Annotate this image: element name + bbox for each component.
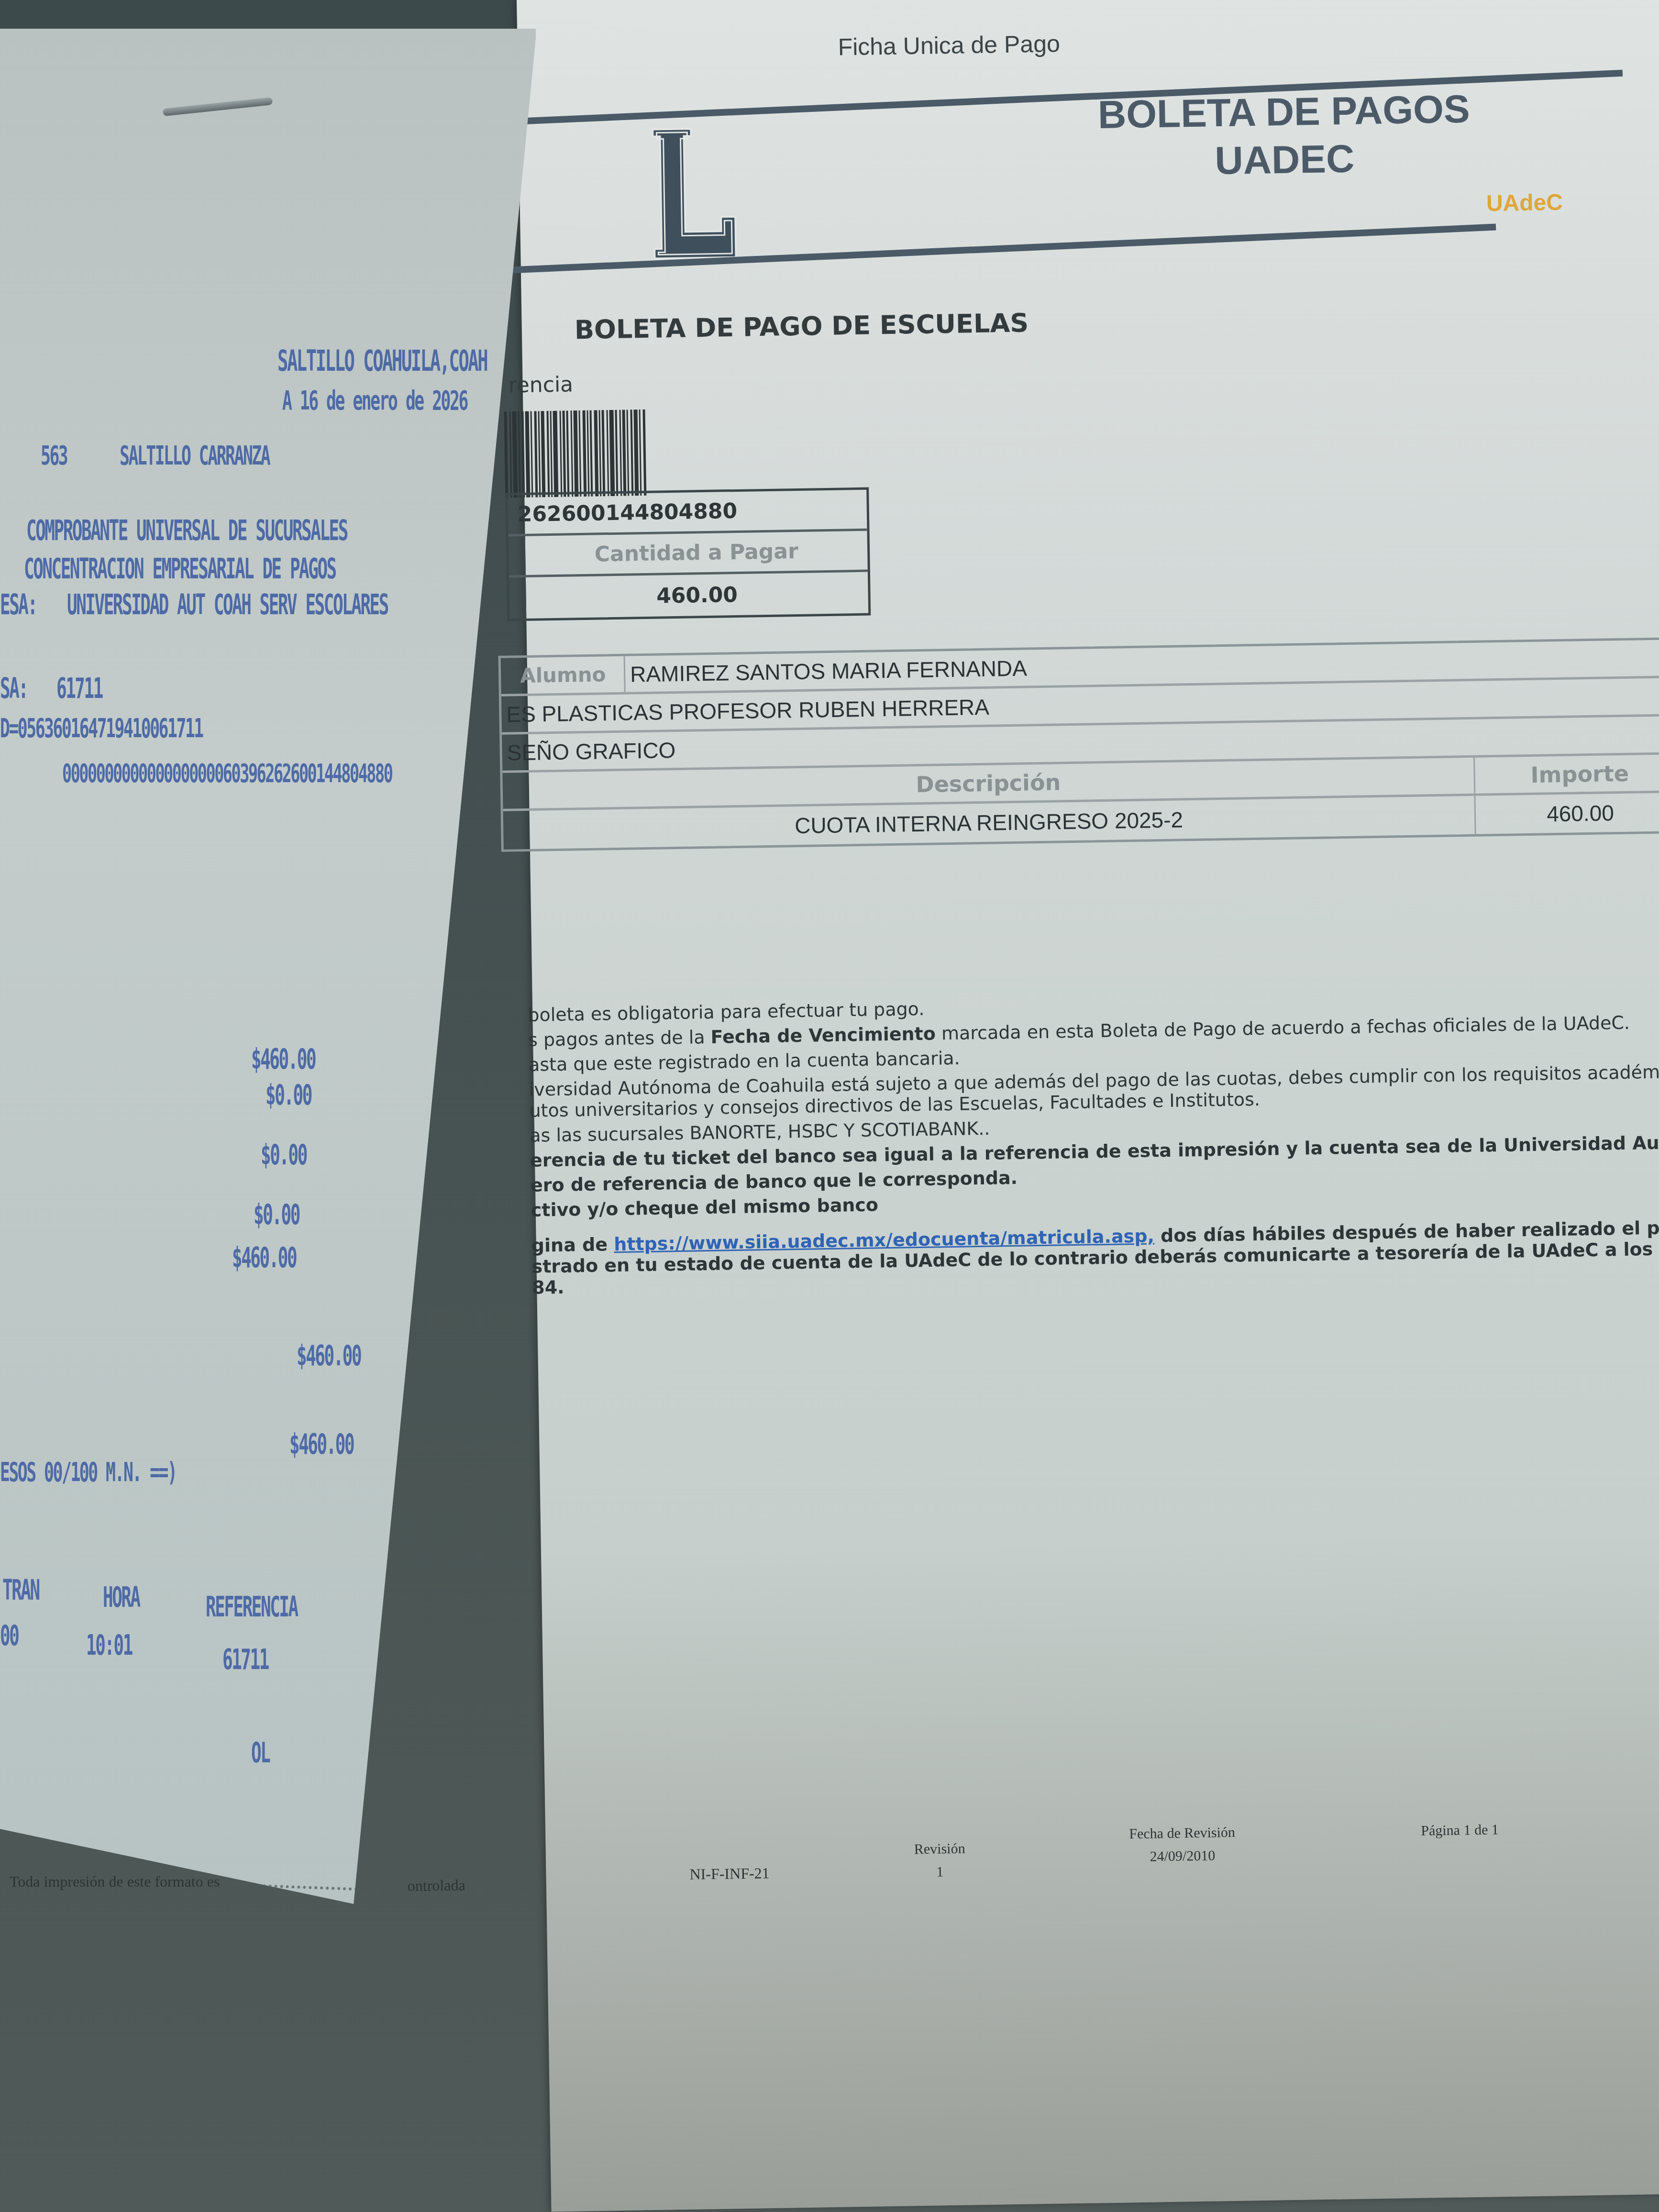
barcode-bar xyxy=(570,410,573,497)
page-indicator: Página 1 de 1 xyxy=(1421,1822,1499,1839)
barcode-bar xyxy=(606,410,609,496)
receipt-city: SALTILLO COAHUILA,COAH xyxy=(277,344,487,378)
barcode-bar xyxy=(642,409,646,496)
amount-header: Importe xyxy=(1473,754,1659,794)
section-title: BOLETA DE PAGO DE ESCUELAS xyxy=(574,308,1029,345)
slip-top-title: Ficha Unica de Pago xyxy=(838,30,1060,61)
barcode-bar xyxy=(531,411,533,498)
amount-line: $0.00 xyxy=(265,1079,311,1111)
due-date-emphasis: Fecha de Vencimiento xyxy=(710,1023,936,1048)
barcode-bar xyxy=(622,410,626,496)
amount-line: $460.00 xyxy=(232,1241,296,1274)
referencia-header: REFERENCIA xyxy=(206,1591,298,1623)
barcode-bar xyxy=(559,411,562,497)
uadec-brand-mark: UAdeC xyxy=(1486,189,1563,217)
barcode-bar xyxy=(522,411,525,498)
student-info-table: Alumno RAMIREZ SANTOS MARIA FERNANDA ES … xyxy=(498,637,1659,852)
barcode-bar xyxy=(509,411,512,498)
reference-amount-box: 262600144804880 Cantidad a Pagar 460.00 xyxy=(505,487,871,621)
barcode-bar xyxy=(566,410,569,497)
concept-amount: 460.00 xyxy=(1474,793,1659,834)
barcode-bar xyxy=(615,410,618,496)
barcode-bar xyxy=(598,410,601,496)
barcode-bar xyxy=(553,411,559,497)
school-name: ES PLASTICAS PROFESOR RUBEN HERRERA xyxy=(501,694,989,727)
student-name: RAMIREZ SANTOS MARIA FERNANDA xyxy=(625,655,1028,687)
barcode-bar xyxy=(586,410,589,497)
barcode-bar xyxy=(518,411,521,498)
barcode-bar xyxy=(633,409,639,496)
revision-date-info: Fecha de Revisión 24/09/2010 xyxy=(1129,1821,1236,1869)
reference-number: 262600144804880 xyxy=(508,499,737,527)
company-name: UNIVERSIDAD AUT COAH SERV ESCOLARES xyxy=(67,588,388,621)
instructions-list: boleta es obligatoria para efectuar tu p… xyxy=(528,986,1659,1302)
branch-number: 563 xyxy=(41,440,67,471)
code-line: D=056360164719410061711 xyxy=(0,713,203,744)
barcode-bar xyxy=(578,410,581,497)
student-label: Alumno xyxy=(501,656,626,694)
receipt-title-1: COMPROBANTE UNIVERSAL DE SUCURSALES xyxy=(26,514,347,547)
company-id: 61711 xyxy=(56,672,102,705)
hora-header: HORA xyxy=(103,1581,140,1614)
company-id-label: SA: xyxy=(0,672,28,705)
barcode-bar xyxy=(601,410,605,496)
barcode xyxy=(504,409,664,498)
barcode-bar xyxy=(630,409,633,496)
barcode-bar xyxy=(609,410,615,496)
barcode-bar xyxy=(639,409,641,496)
form-code: NI-F-INF-21 xyxy=(689,1864,770,1883)
barcode-bar xyxy=(550,411,553,497)
boleta-title: BOLETA DE PAGOS UADEC xyxy=(1068,85,1500,188)
amount-label: Cantidad a Pagar xyxy=(594,539,798,567)
barcode-bar xyxy=(504,411,509,498)
barcode-bar xyxy=(562,411,566,497)
receipt-footer-mark: OL xyxy=(251,1736,269,1769)
amount-line: $0.00 xyxy=(254,1198,299,1231)
reference-label: rencia xyxy=(508,372,573,398)
program-name: SEÑO GRAFICO xyxy=(502,737,676,765)
barcode-bar xyxy=(541,411,546,497)
payment-slip: Ficha Unica de Pago BOLETA DE PAGOS UADE… xyxy=(517,0,1659,2212)
referencia-value: 61711 xyxy=(222,1643,268,1676)
receipt-title-2: CONCENTRACION EMPRESARIAL DE PAGOS xyxy=(24,553,336,585)
barcode-bar xyxy=(589,410,593,497)
receipt-date: A 16 de enero de 2026 xyxy=(282,385,467,416)
amount-in-words: ESOS 00/100 M.N. ==) xyxy=(0,1457,176,1488)
branch-name: SALTILLO CARRANZA xyxy=(120,440,269,471)
staple-icon xyxy=(163,97,273,116)
amount-value: 460.00 xyxy=(656,582,738,608)
company-label: ESA: xyxy=(0,588,37,621)
barcode-bar xyxy=(538,411,541,497)
hora-value: 10:01 xyxy=(86,1629,132,1661)
barcode-bar xyxy=(525,411,531,498)
barcode-bar xyxy=(573,410,578,497)
controlled-copy-note-left: Toda impresión de este formato es xyxy=(10,1873,220,1891)
barcode-bar xyxy=(619,410,622,496)
controlled-copy-note: ontrolada xyxy=(408,1876,465,1895)
header-divider-bottom xyxy=(464,224,1496,276)
amount-line: $460.00 xyxy=(251,1043,315,1075)
total-amount: $460.00 xyxy=(289,1428,354,1460)
barcode-bar xyxy=(626,409,629,496)
barcode-bar xyxy=(512,411,518,498)
tran-header: TRAN xyxy=(2,1574,39,1606)
barcode-bar xyxy=(547,411,550,497)
barcode-bar xyxy=(594,410,598,496)
revision-info: Revisión 1 xyxy=(914,1837,965,1884)
barcode-bar xyxy=(534,411,538,497)
barcode-bar xyxy=(582,410,586,497)
university-l-logo-icon xyxy=(648,126,741,261)
amount-line: $0.00 xyxy=(261,1139,307,1171)
tran-value: 00 xyxy=(0,1619,18,1652)
bank-receipt: SALTILLO COAHUILA,COAH A 16 de enero de … xyxy=(0,29,536,1904)
amount-line: $460.00 xyxy=(297,1339,361,1372)
reference-line: 000000000000000000060396262600144804880 xyxy=(62,758,392,788)
